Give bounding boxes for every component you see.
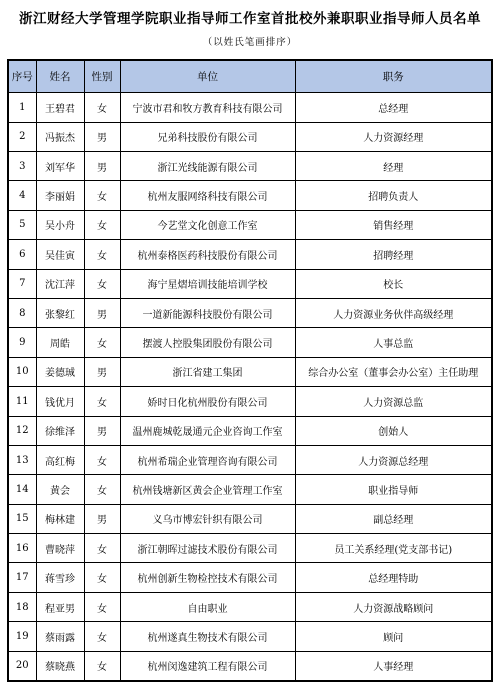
cell-index: 14	[8, 475, 36, 504]
table-row: 9周皓女摆渡人控股集团股份有限公司人事总监	[8, 328, 492, 357]
cell-gender: 男	[84, 152, 120, 181]
table-row: 15梅林建男义乌市博宏针织有限公司副总经理	[8, 504, 492, 533]
cell-gender: 女	[84, 651, 120, 681]
cell-title: 人力资源战略顾问	[295, 592, 492, 621]
table-row: 10姜德珹男浙江省建工集团综合办公室（董事会办公室）主任助理	[8, 357, 492, 386]
cell-gender: 女	[84, 445, 120, 474]
cell-name: 姜德珹	[36, 357, 84, 386]
table-row: 13高红梅女杭州希瑞企业管理咨询有限公司人力资源总经理	[8, 445, 492, 474]
cell-org: 海宁星熠培训技能培训学校	[120, 269, 295, 298]
cell-gender: 女	[84, 592, 120, 621]
cell-index: 2	[8, 122, 36, 151]
cell-name: 刘军华	[36, 152, 84, 181]
cell-org: 杭州遂真生物技术有限公司	[120, 622, 295, 651]
cell-index: 1	[8, 93, 36, 122]
cell-org: 浙江省建工集团	[120, 357, 295, 386]
table-row: 12徐维泽男温州鹿城乾晟通元企业咨询工作室创始人	[8, 416, 492, 445]
table-row: 3刘军华男浙江光线能源有限公司经理	[8, 152, 492, 181]
table-row: 8张黎红男一道新能源科技股份有限公司人力资源业务伙伴高级经理	[8, 298, 492, 327]
cell-title: 人事总监	[295, 328, 492, 357]
cell-index: 13	[8, 445, 36, 474]
cell-org: 杭州闵逸建筑工程有限公司	[120, 651, 295, 681]
cell-name: 徐维泽	[36, 416, 84, 445]
cell-org: 兄弟科技股份有限公司	[120, 122, 295, 151]
cell-name: 黄会	[36, 475, 84, 504]
table-row: 16曹晓萍女浙江朝晖过滤技术股份有限公司员工关系经理(党支部书记)	[8, 534, 492, 563]
cell-name: 蔡雨露	[36, 622, 84, 651]
cell-org: 娇时日化杭州股份有限公司	[120, 387, 295, 416]
table-row: 1王碧君女宁波市君和牧方教育科技有限公司总经理	[8, 93, 492, 122]
roster-table: 序号 姓名 性别 单位 职务 1王碧君女宁波市君和牧方教育科技有限公司总经理2冯…	[7, 59, 493, 682]
cell-org: 杭州钱塘新区黄会企业管理工作室	[120, 475, 295, 504]
page-title: 浙江财经大学管理学院职业指导师工作室首批校外兼职职业指导师人员名单	[6, 10, 494, 28]
cell-org: 杭州希瑞企业管理咨询有限公司	[120, 445, 295, 474]
cell-org: 杭州创新生物检控技术有限公司	[120, 563, 295, 592]
cell-index: 18	[8, 592, 36, 621]
cell-name: 程亚男	[36, 592, 84, 621]
cell-name: 周皓	[36, 328, 84, 357]
cell-index: 20	[8, 651, 36, 681]
document-page: 浙江财经大学管理学院职业指导师工作室首批校外兼职职业指导师人员名单 （以姓氏笔画…	[0, 0, 500, 700]
cell-index: 19	[8, 622, 36, 651]
cell-gender: 男	[84, 504, 120, 533]
cell-title: 人力资源总经理	[295, 445, 492, 474]
cell-title: 校长	[295, 269, 492, 298]
cell-name: 李丽娟	[36, 181, 84, 210]
cell-gender: 女	[84, 563, 120, 592]
table-row: 6吴佳寅女杭州泰格医药科技股份有限公司招聘经理	[8, 240, 492, 269]
cell-index: 9	[8, 328, 36, 357]
cell-name: 张黎红	[36, 298, 84, 327]
cell-name: 沈江萍	[36, 269, 84, 298]
cell-index: 10	[8, 357, 36, 386]
cell-title: 顾问	[295, 622, 492, 651]
cell-index: 15	[8, 504, 36, 533]
cell-gender: 女	[84, 240, 120, 269]
cell-name: 王碧君	[36, 93, 84, 122]
table-row: 20蔡晓燕女杭州闵逸建筑工程有限公司人事经理	[8, 651, 492, 681]
cell-title: 人力资源总监	[295, 387, 492, 416]
cell-index: 3	[8, 152, 36, 181]
table-body: 1王碧君女宁波市君和牧方教育科技有限公司总经理2冯振杰男兄弟科技股份有限公司人力…	[8, 93, 492, 681]
cell-org: 义乌市博宏针织有限公司	[120, 504, 295, 533]
table-row: 4李丽娟女杭州友服网络科技有限公司招聘负责人	[8, 181, 492, 210]
cell-org: 自由职业	[120, 592, 295, 621]
cell-name: 梅林建	[36, 504, 84, 533]
cell-title: 招聘经理	[295, 240, 492, 269]
cell-title: 销售经理	[295, 210, 492, 239]
cell-org: 一道新能源科技股份有限公司	[120, 298, 295, 327]
cell-title: 人事经理	[295, 651, 492, 681]
cell-title: 经理	[295, 152, 492, 181]
cell-name: 蒋雪珍	[36, 563, 84, 592]
cell-title: 招聘负责人	[295, 181, 492, 210]
table-row: 11钱优月女娇时日化杭州股份有限公司人力资源总监	[8, 387, 492, 416]
cell-gender: 女	[84, 93, 120, 122]
header-title: 职务	[295, 60, 492, 93]
cell-index: 5	[8, 210, 36, 239]
cell-gender: 男	[84, 357, 120, 386]
cell-title: 员工关系经理(党支部书记)	[295, 534, 492, 563]
table-row: 2冯振杰男兄弟科技股份有限公司人力资源经理	[8, 122, 492, 151]
cell-name: 钱优月	[36, 387, 84, 416]
cell-index: 6	[8, 240, 36, 269]
cell-title: 综合办公室（董事会办公室）主任助理	[295, 357, 492, 386]
cell-gender: 女	[84, 622, 120, 651]
cell-gender: 女	[84, 387, 120, 416]
cell-index: 8	[8, 298, 36, 327]
table-row: 7沈江萍女海宁星熠培训技能培训学校校长	[8, 269, 492, 298]
cell-org: 杭州友服网络科技有限公司	[120, 181, 295, 210]
header-org: 单位	[120, 60, 295, 93]
cell-index: 11	[8, 387, 36, 416]
cell-title: 创始人	[295, 416, 492, 445]
cell-org: 浙江光线能源有限公司	[120, 152, 295, 181]
header-gender: 性别	[84, 60, 120, 93]
cell-name: 吴佳寅	[36, 240, 84, 269]
cell-gender: 男	[84, 416, 120, 445]
cell-gender: 男	[84, 298, 120, 327]
cell-index: 4	[8, 181, 36, 210]
cell-name: 蔡晓燕	[36, 651, 84, 681]
table-row: 18程亚男女自由职业人力资源战略顾问	[8, 592, 492, 621]
cell-name: 吴小舟	[36, 210, 84, 239]
cell-gender: 女	[84, 210, 120, 239]
page-subtitle: （以姓氏笔画排序）	[0, 34, 500, 48]
cell-title: 副总经理	[295, 504, 492, 533]
cell-title: 职业指导师	[295, 475, 492, 504]
table-header-row: 序号 姓名 性别 单位 职务	[8, 60, 492, 93]
cell-title: 总经理特助	[295, 563, 492, 592]
cell-org: 今艺堂文化创意工作室	[120, 210, 295, 239]
table-row: 14黄会女杭州钱塘新区黄会企业管理工作室职业指导师	[8, 475, 492, 504]
cell-title: 总经理	[295, 93, 492, 122]
cell-org: 浙江朝晖过滤技术股份有限公司	[120, 534, 295, 563]
cell-org: 杭州泰格医药科技股份有限公司	[120, 240, 295, 269]
table-row: 17蒋雪珍女杭州创新生物检控技术有限公司总经理特助	[8, 563, 492, 592]
header-index: 序号	[8, 60, 36, 93]
cell-gender: 女	[84, 328, 120, 357]
cell-gender: 女	[84, 181, 120, 210]
table-row: 5吴小舟女今艺堂文化创意工作室销售经理	[8, 210, 492, 239]
cell-org: 摆渡人控股集团股份有限公司	[120, 328, 295, 357]
cell-name: 冯振杰	[36, 122, 84, 151]
cell-gender: 男	[84, 122, 120, 151]
table-row: 19蔡雨露女杭州遂真生物技术有限公司顾问	[8, 622, 492, 651]
cell-name: 高红梅	[36, 445, 84, 474]
cell-index: 16	[8, 534, 36, 563]
cell-index: 7	[8, 269, 36, 298]
cell-title: 人力资源业务伙伴高级经理	[295, 298, 492, 327]
cell-gender: 女	[84, 475, 120, 504]
cell-gender: 女	[84, 269, 120, 298]
cell-name: 曹晓萍	[36, 534, 84, 563]
cell-org: 温州鹿城乾晟通元企业咨询工作室	[120, 416, 295, 445]
header-name: 姓名	[36, 60, 84, 93]
cell-title: 人力资源经理	[295, 122, 492, 151]
cell-index: 17	[8, 563, 36, 592]
cell-index: 12	[8, 416, 36, 445]
cell-gender: 女	[84, 534, 120, 563]
cell-org: 宁波市君和牧方教育科技有限公司	[120, 93, 295, 122]
